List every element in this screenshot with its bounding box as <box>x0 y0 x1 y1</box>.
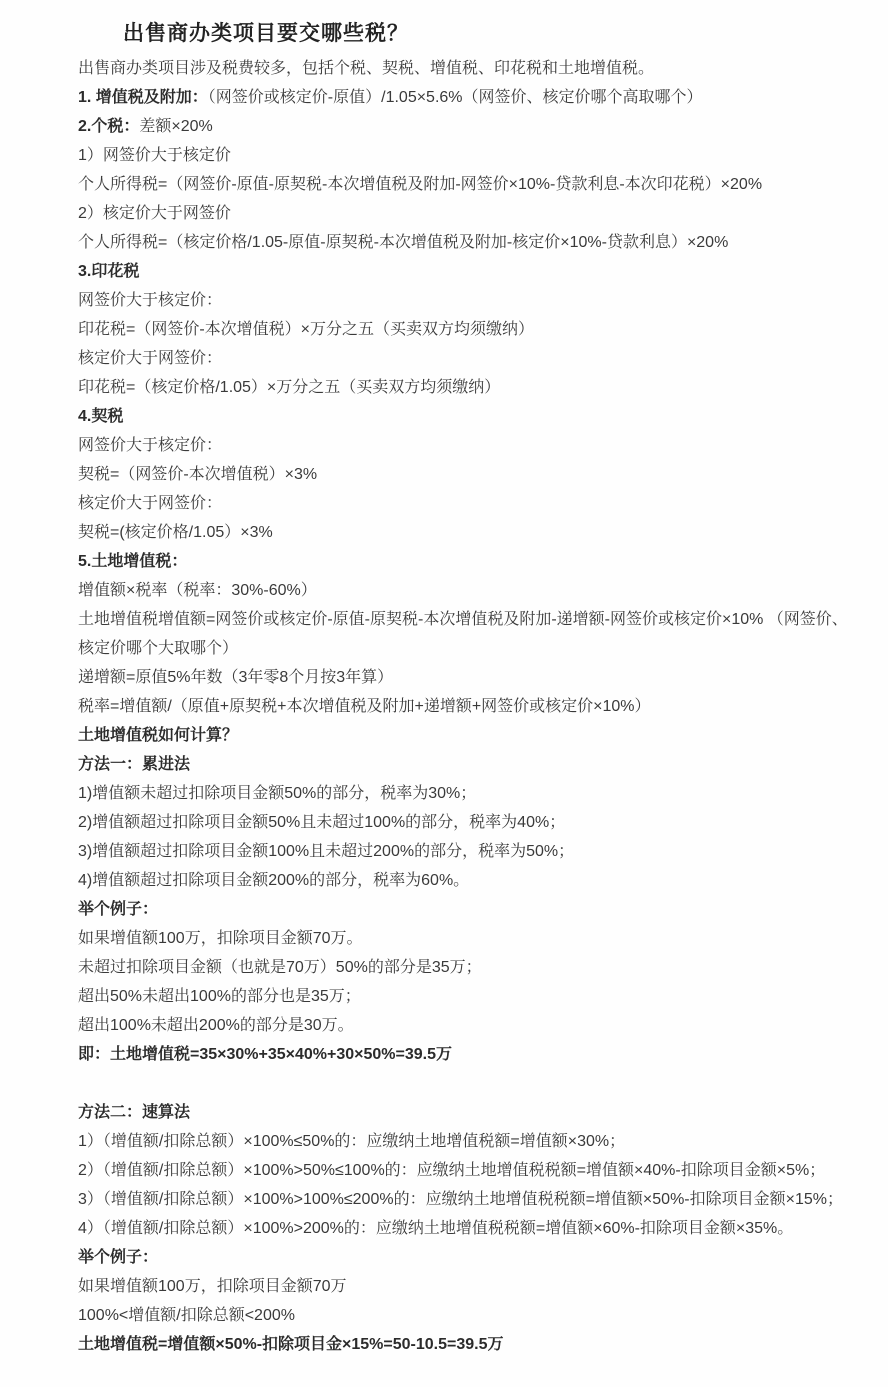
text: 2）（增值额/扣除总额）×100%>50%≤100%的：应缴纳土地增值税税额=增… <box>78 1162 825 1179</box>
bold-text: 5.土地增值税： <box>78 553 187 570</box>
text: 1）（增值额/扣除总额）×100%≤50%的：应缴纳土地增值税额=增值额×30%… <box>78 1133 625 1150</box>
text: 递增额=原值5%年数（3年零8个月按3年算） <box>78 669 393 686</box>
paragraph: 超出100%未超出200%的部分是30万。 <box>78 1011 856 1040</box>
paragraph: 增值额×税率（税率：30%-60%） <box>78 576 856 605</box>
paragraph: 2.个税：差额×20% <box>78 112 856 141</box>
paragraph: 印花税=（核定价格/1.05）×万分之五（买卖双方均须缴纳） <box>78 373 856 402</box>
text: 网签价大于核定价： <box>78 292 222 309</box>
text: 如果增值额100万，扣除项目金额70万 <box>78 1278 347 1295</box>
article-body: 出售商办类项目涉及税费较多，包括个税、契税、增值税、印花税和土地增值税。1. 增… <box>78 54 856 1359</box>
bold-text: 土地增值税如何计算？ <box>78 727 238 744</box>
paragraph: 即：土地增值税=35×30%+35×40%+30×50%=39.5万 <box>78 1040 856 1069</box>
text: 印花税=（核定价格/1.05）×万分之五（买卖双方均须缴纳） <box>78 379 500 396</box>
paragraph: 土地增值税增值额=网签价或核定价-原值-原契税-本次增值税及附加-递增额-网签价… <box>78 605 856 663</box>
document: 出售商办类项目要交哪些税？ 出售商办类项目涉及税费较多，包括个税、契税、增值税、… <box>0 0 888 1387</box>
text: 出售商办类项目涉及税费较多，包括个税、契税、增值税、印花税和土地增值税。 <box>78 60 654 77</box>
paragraph: 超出50%未超出100%的部分也是35万； <box>78 982 856 1011</box>
spacer-paragraph <box>78 1069 856 1098</box>
text: 3）（增值额/扣除总额）×100%>100%≤200%的：应缴纳土地增值税税额=… <box>78 1191 843 1208</box>
paragraph: 1)增值额未超过扣除项目金额50%的部分，税率为30%； <box>78 779 856 808</box>
text: 1）网签价大于核定价 <box>78 147 231 164</box>
bold-text: 4.契税 <box>78 408 123 425</box>
paragraph: 网签价大于核定价： <box>78 286 856 315</box>
paragraph: 土地增值税=增值额×50%-扣除项目金×15%=50-10.5=39.5万 <box>78 1330 856 1359</box>
paragraph: 4)增值额超过扣除项目金额200%的部分，税率为60%。 <box>78 866 856 895</box>
paragraph: 2）核定价大于网签价 <box>78 199 856 228</box>
paragraph: 核定价大于网签价： <box>78 344 856 373</box>
bold-text: 方法二：速算法 <box>78 1104 190 1121</box>
text: 1)增值额未超过扣除项目金额50%的部分，税率为30%； <box>78 785 476 802</box>
paragraph: 税率=增值额/（原值+原契税+本次增值税及附加+递增额+网签价或核定价×10%） <box>78 692 856 721</box>
text: （网签价或核定价-原值）/1.05×5.6%（网签价、核定价哪个高取哪个） <box>208 89 703 106</box>
text: 2)增值额超过扣除项目金额50%且未超过100%的部分，税率为40%； <box>78 814 565 831</box>
paragraph: 举个例子： <box>78 1243 856 1272</box>
paragraph: 土地增值税如何计算？ <box>78 721 856 750</box>
paragraph: 1. 增值税及附加：（网签价或核定价-原值）/1.05×5.6%（网签价、核定价… <box>78 83 856 112</box>
paragraph: 印花税=（网签价-本次增值税）×万分之五（买卖双方均须缴纳） <box>78 315 856 344</box>
text: 个人所得税=（核定价格/1.05-原值-原契税-本次增值税及附加-核定价×10%… <box>78 234 728 251</box>
paragraph: 5.土地增值税： <box>78 547 856 576</box>
text: 差额×20% <box>139 118 212 135</box>
paragraph: 方法一：累进法 <box>78 750 856 779</box>
text: 2）核定价大于网签价 <box>78 205 231 222</box>
text: 100%<增值额/扣除总额<200% <box>78 1307 295 1324</box>
text: 印花税=（网签价-本次增值税）×万分之五（买卖双方均须缴纳） <box>78 321 534 338</box>
text: 核定价大于网签价： <box>78 350 222 367</box>
paragraph: 1）网签价大于核定价 <box>78 141 856 170</box>
paragraph: 契税=（网签价-本次增值税）×3% <box>78 460 856 489</box>
bold-text: 即：土地增值税=35×30%+35×40%+30×50%=39.5万 <box>78 1046 452 1063</box>
text: 税率=增值额/（原值+原契税+本次增值税及附加+递增额+网签价或核定价×10%） <box>78 698 651 715</box>
page-title: 出售商办类项目要交哪些税？ <box>123 20 856 48</box>
paragraph: 递增额=原值5%年数（3年零8个月按3年算） <box>78 663 856 692</box>
text: 超出50%未超出100%的部分也是35万； <box>78 988 361 1005</box>
paragraph: 方法二：速算法 <box>78 1098 856 1127</box>
paragraph: 个人所得税=（网签价-原值-原契税-本次增值税及附加-网签价×10%-贷款利息-… <box>78 170 856 199</box>
paragraph: 3）（增值额/扣除总额）×100%>100%≤200%的：应缴纳土地增值税税额=… <box>78 1185 856 1214</box>
paragraph: 个人所得税=（核定价格/1.05-原值-原契税-本次增值税及附加-核定价×10%… <box>78 228 856 257</box>
bold-text: 2.个税： <box>78 118 139 135</box>
paragraph: 契税=(核定价格/1.05）×3% <box>78 518 856 547</box>
text: 土地增值税增值额=网签价或核定价-原值-原契税-本次增值税及附加-递增额-网签价… <box>78 611 848 657</box>
paragraph: 如果增值额100万，扣除项目金额70万 <box>78 1272 856 1301</box>
paragraph: 100%<增值额/扣除总额<200% <box>78 1301 856 1330</box>
bold-text: 3.印花税 <box>78 263 139 280</box>
text: 核定价大于网签价： <box>78 495 222 512</box>
paragraph: 2）（增值额/扣除总额）×100%>50%≤100%的：应缴纳土地增值税税额=增… <box>78 1156 856 1185</box>
text: 增值额×税率（税率：30%-60%） <box>78 582 317 599</box>
bold-text: 举个例子： <box>78 1249 158 1266</box>
paragraph: 2)增值额超过扣除项目金额50%且未超过100%的部分，税率为40%； <box>78 808 856 837</box>
paragraph: 1）（增值额/扣除总额）×100%≤50%的：应缴纳土地增值税额=增值额×30%… <box>78 1127 856 1156</box>
text: 契税=(核定价格/1.05）×3% <box>78 524 273 541</box>
text: 超出100%未超出200%的部分是30万。 <box>78 1017 354 1034</box>
paragraph: 网签价大于核定价： <box>78 431 856 460</box>
text: 契税=（网签价-本次增值税）×3% <box>78 466 317 483</box>
paragraph: 如果增值额100万，扣除项目金额70万。 <box>78 924 856 953</box>
text: 3)增值额超过扣除项目金额100%且未超过200%的部分，税率为50%； <box>78 843 574 860</box>
bold-text: 方法一：累进法 <box>78 756 190 773</box>
text: 如果增值额100万，扣除项目金额70万。 <box>78 930 363 947</box>
text: 个人所得税=（网签价-原值-原契税-本次增值税及附加-网签价×10%-贷款利息-… <box>78 176 762 193</box>
text: 未超过扣除项目金额（也就是70万）50%的部分是35万； <box>78 959 482 976</box>
bold-text: 1. 增值税及附加： <box>78 89 208 106</box>
paragraph: 举个例子： <box>78 895 856 924</box>
paragraph: 4）（增值额/扣除总额）×100%>200%的：应缴纳土地增值税税额=增值额×6… <box>78 1214 856 1243</box>
paragraph: 3.印花税 <box>78 257 856 286</box>
bold-text: 举个例子： <box>78 901 158 918</box>
text: 网签价大于核定价： <box>78 437 222 454</box>
text: 4）（增值额/扣除总额）×100%>200%的：应缴纳土地增值税税额=增值额×6… <box>78 1220 793 1237</box>
paragraph: 未超过扣除项目金额（也就是70万）50%的部分是35万； <box>78 953 856 982</box>
paragraph: 3)增值额超过扣除项目金额100%且未超过200%的部分，税率为50%； <box>78 837 856 866</box>
bold-text: 土地增值税=增值额×50%-扣除项目金×15%=50-10.5=39.5万 <box>78 1336 504 1353</box>
paragraph: 核定价大于网签价： <box>78 489 856 518</box>
text: 4)增值额超过扣除项目金额200%的部分，税率为60%。 <box>78 872 469 889</box>
paragraph: 4.契税 <box>78 402 856 431</box>
paragraph: 出售商办类项目涉及税费较多，包括个税、契税、增值税、印花税和土地增值税。 <box>78 54 856 83</box>
